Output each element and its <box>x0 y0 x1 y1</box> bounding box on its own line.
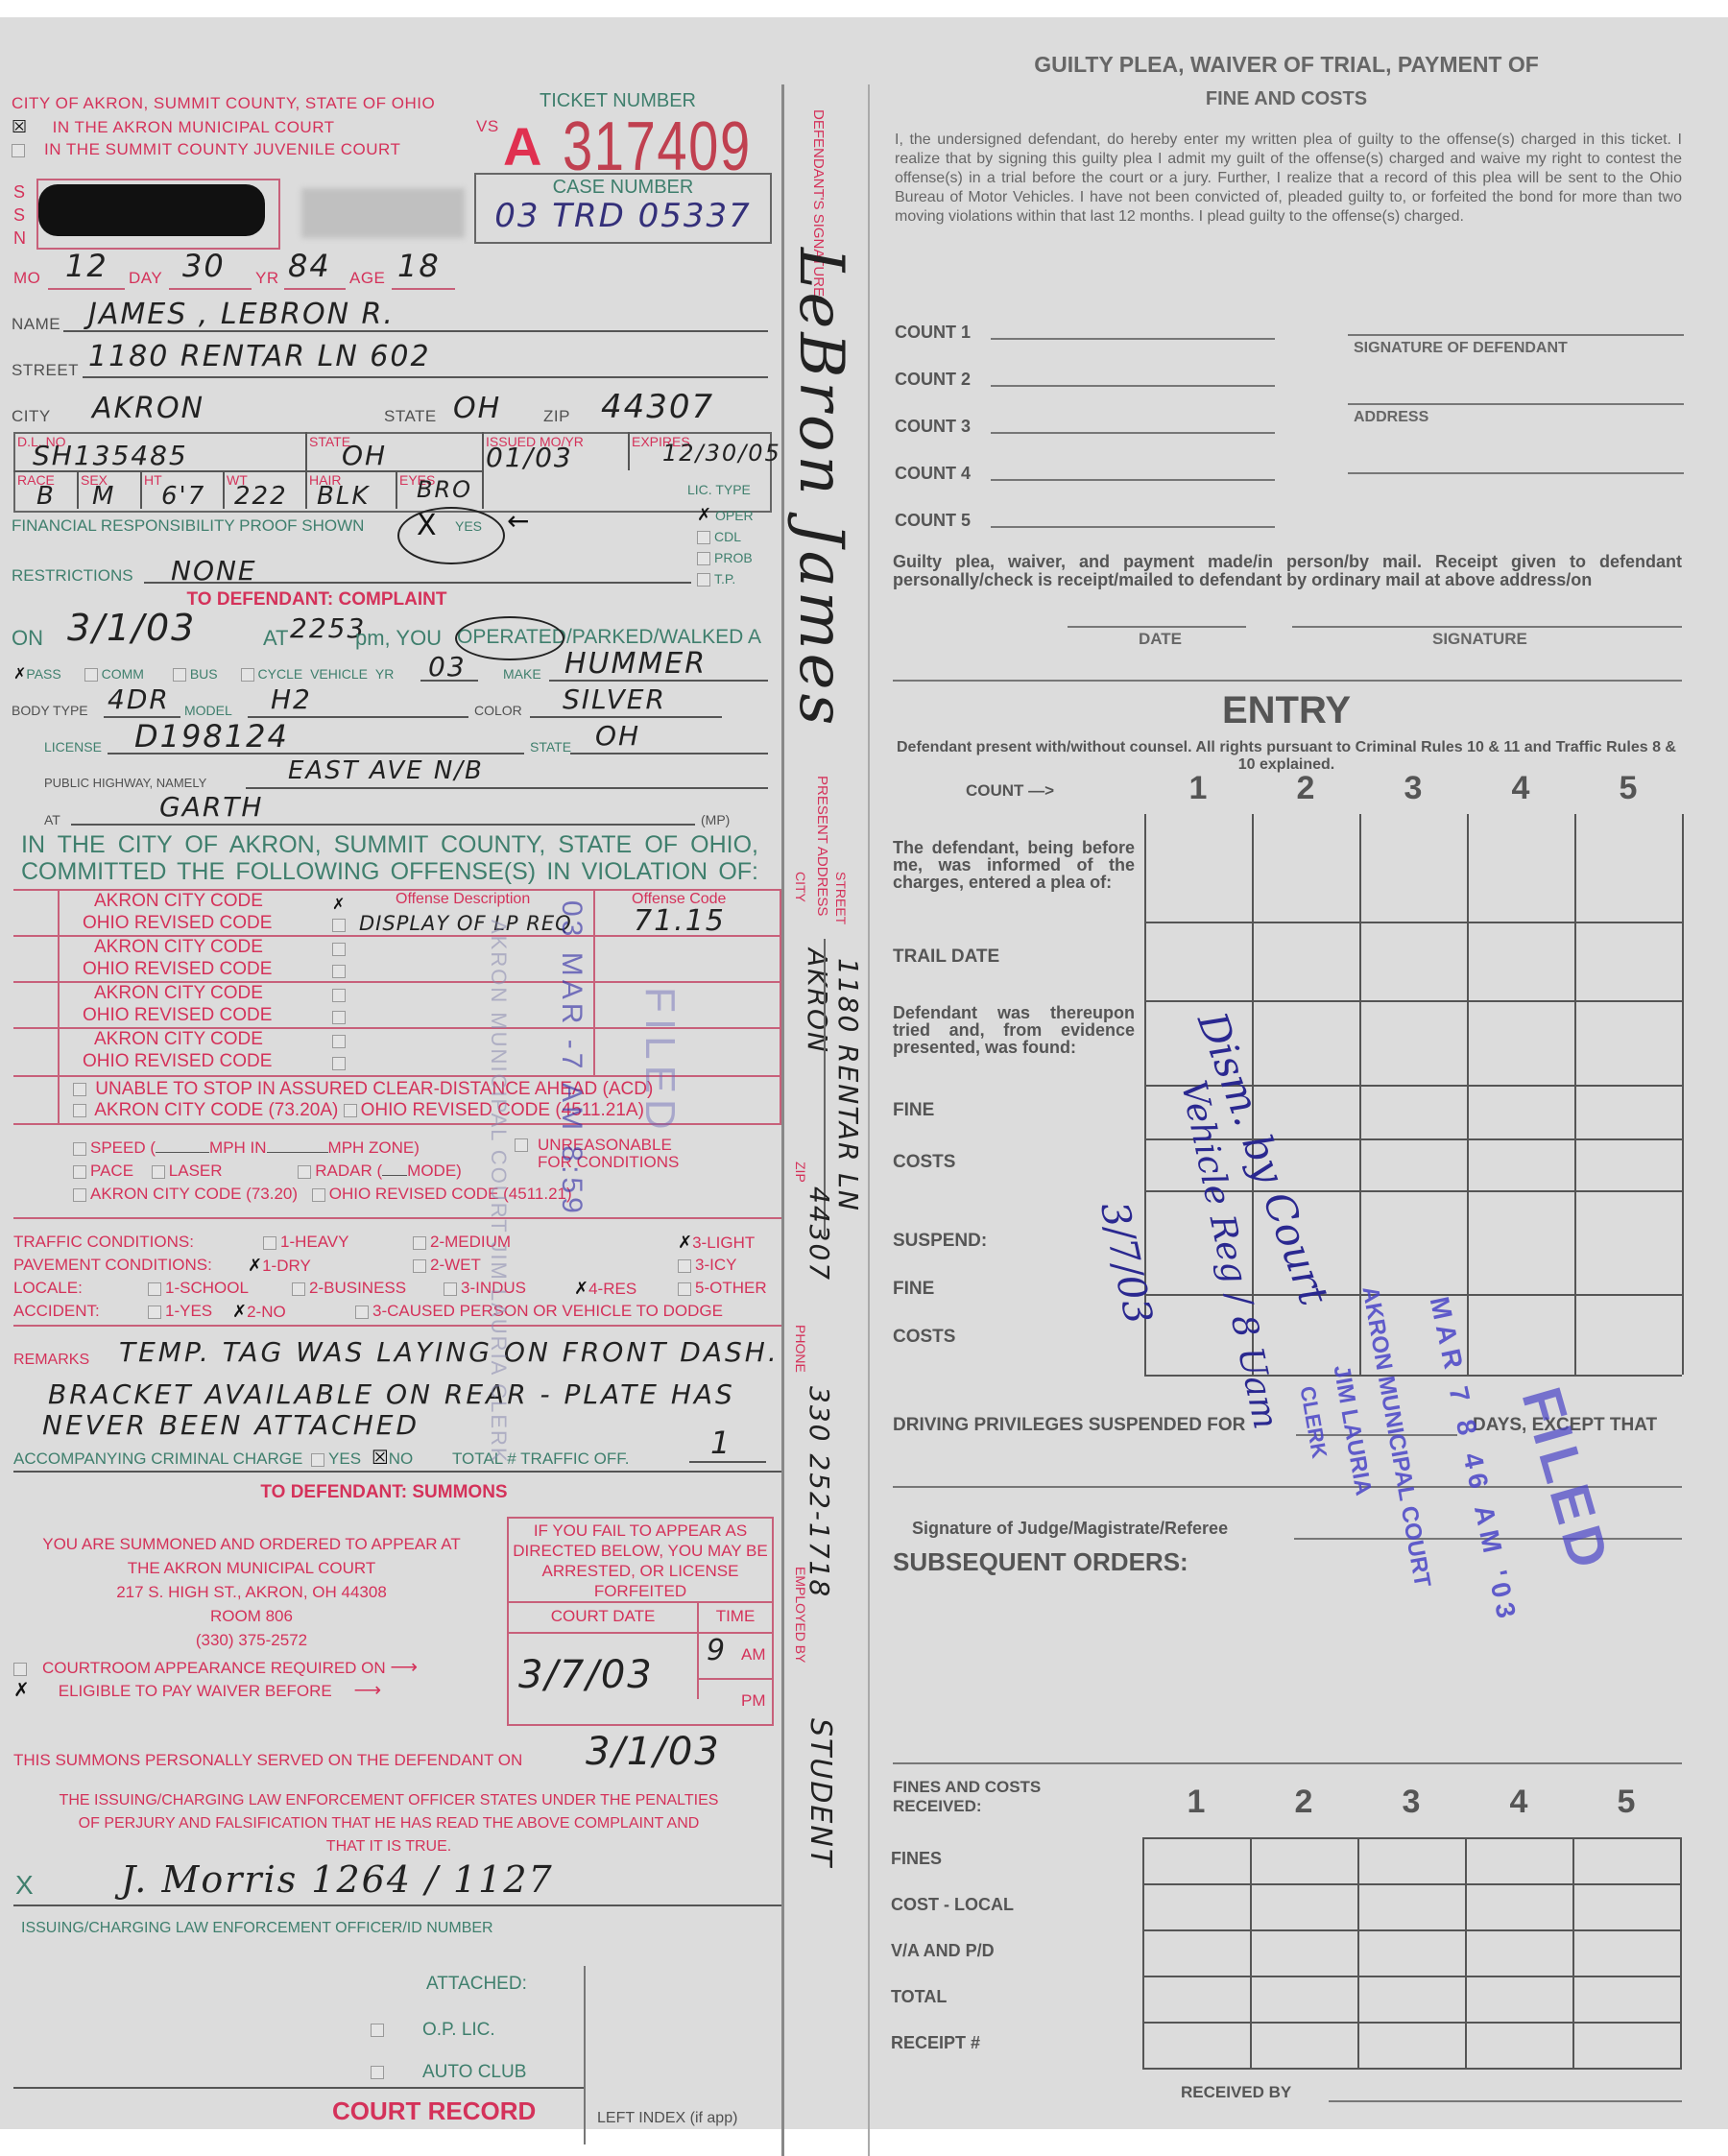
check-mark-icon: ✗ <box>678 1233 692 1253</box>
financial-responsibility-mark[interactable]: X <box>417 509 437 542</box>
fines-cell[interactable] <box>1250 2022 1359 2070</box>
fines-cell[interactable] <box>1357 1929 1467 1977</box>
entry-column-header: 5 <box>1574 770 1682 807</box>
checkbox-icon <box>148 1306 161 1319</box>
locale-option[interactable]: 3-INDUS <box>444 1279 526 1298</box>
fines-cell[interactable] <box>1250 1929 1359 1977</box>
vehicle-comm[interactable]: COMM <box>84 666 144 682</box>
complaint-title: TO DEFENDANT: COMPLAINT <box>173 589 461 611</box>
count-input-line[interactable] <box>991 385 1275 387</box>
entry-grid-vline <box>1467 814 1469 1375</box>
check-mark-icon: ✗ <box>232 1302 247 1322</box>
checkbox-icon <box>73 1142 86 1156</box>
checkbox-icon <box>173 668 186 682</box>
officer-oath: THE ISSUING/CHARGING LAW ENFORCEMENT OFF… <box>58 1789 720 1858</box>
offense-row-ohio-label: OHIO REVISED CODE <box>83 959 272 980</box>
locale-option[interactable]: 1-SCHOOL <box>148 1279 249 1298</box>
pavement-option[interactable]: 3-ICY <box>678 1256 736 1275</box>
lic-type-oper[interactable]: ✗ OPER <box>697 505 754 526</box>
checkbox-icon <box>678 1259 691 1273</box>
fines-cell[interactable] <box>1465 1976 1574 2024</box>
circle-mark <box>397 507 505 564</box>
address-line-label: ADDRESS <box>1354 409 1428 426</box>
traffic-option[interactable]: ✗3-LIGHT <box>678 1233 755 1253</box>
license-plate: D198124 <box>134 718 289 755</box>
locale-option[interactable]: ✗4-RES <box>574 1279 636 1299</box>
defendant-signature-label: DEFENDANT'S SIGNATURE <box>810 109 826 234</box>
checkbox-icon <box>292 1282 305 1296</box>
lic-type-options: ✗ OPER CDL PROB T.P. <box>697 505 754 589</box>
clerk-stamp: CLERK <box>1294 1384 1332 1460</box>
fines-column-header: 2 <box>1250 1784 1357 1821</box>
count-input-line[interactable] <box>991 526 1275 528</box>
checkbox-icon <box>73 1188 86 1202</box>
offense-code: 71.15 <box>634 904 726 938</box>
check-mark-icon: ☒ <box>372 1446 389 1469</box>
waiver-option[interactable]: ✗ELIGIBLE TO PAY WAIVER BEFORE ⟶ <box>13 1678 381 1702</box>
offense-row-city-label: AKRON CITY CODE <box>94 937 263 958</box>
yr-label: YR <box>255 269 279 288</box>
entry-grid-vline <box>1682 814 1684 1375</box>
at-street-label: AT <box>44 812 60 827</box>
fines-cell[interactable] <box>1357 2022 1467 2070</box>
fines-cell[interactable] <box>1250 1976 1359 2024</box>
locale-option[interactable]: 2-BUSINESS <box>292 1279 406 1298</box>
fines-cell[interactable] <box>1142 2022 1252 2070</box>
checkbox-icon <box>678 1282 691 1296</box>
left-filed-stamp: FILED <box>636 987 684 1136</box>
entry-row-suspend-costs-label: COSTS <box>893 1327 955 1348</box>
plate-state: OH <box>595 720 640 752</box>
count-input-line[interactable] <box>991 432 1275 434</box>
at-label: AT <box>263 626 288 651</box>
side-street-value: 1180 RENTAR LN <box>832 958 864 1212</box>
checkbox-icon <box>355 1306 369 1319</box>
offense-description-header: Offense Description <box>396 891 530 908</box>
checkbox-icon <box>697 531 710 544</box>
offense-row-ohio-checkbox[interactable] <box>332 963 349 980</box>
city-label: CITY <box>12 407 51 426</box>
fines-cell[interactable] <box>1142 1976 1252 2024</box>
vehicle-year: 03 <box>428 651 467 683</box>
side-zip-label: ZIP <box>793 1162 808 1183</box>
vehicle-color: SILVER <box>563 683 666 715</box>
dl-expires: 12/30/05 <box>662 440 781 467</box>
offense-date: 3/1/03 <box>67 607 196 649</box>
summons-address: YOU ARE SUMMONED AND ORDERED TO APPEAR A… <box>12 1532 492 1652</box>
checkbox-icon <box>332 1035 346 1048</box>
acd-city-option[interactable]: AKRON CITY CODE (73.20A) <box>73 1100 338 1120</box>
entry-grid-hline <box>1144 922 1682 923</box>
offense-row-ohio-label: OHIO REVISED CODE <box>83 913 272 934</box>
fines-cell[interactable] <box>1357 1837 1467 1885</box>
check-mark-icon: ✗ <box>697 505 711 525</box>
payment-signature-label: SIGNATURE <box>1432 630 1527 649</box>
court-municipal-option[interactable]: ☒IN THE AKRON MUNICIPAL COURT <box>12 117 335 137</box>
radar-option[interactable]: RADAR ( <box>298 1162 382 1180</box>
name-label: NAME <box>12 315 60 334</box>
side-street-label: STREET <box>833 872 849 924</box>
eyes-value: BRO <box>417 476 472 503</box>
count-input-line[interactable] <box>991 479 1275 481</box>
phone-label: PHONE <box>793 1325 808 1373</box>
court-date-label: COURT DATE <box>509 1607 697 1626</box>
fines-cell[interactable] <box>1572 2022 1682 2070</box>
left-index-label: LEFT INDEX (if app) <box>597 2110 737 2127</box>
defendant-name: JAMES , LEBRON R. <box>88 298 395 331</box>
body-type-label: BODY TYPE <box>12 703 88 718</box>
accident-option[interactable]: 3-CAUSED PERSON OR VEHICLE TO DODGE <box>355 1302 723 1321</box>
checkbox-icon <box>697 552 710 565</box>
plate-state-label: STATE <box>530 739 571 755</box>
checkbox-icon <box>148 1282 161 1296</box>
arrow-icon: ← <box>507 505 529 537</box>
side-zip-value: 44307 <box>804 1186 835 1282</box>
laser-option[interactable]: LASER <box>152 1162 223 1180</box>
vehicle-model: H2 <box>271 683 312 715</box>
defendant-city: AKRON <box>92 392 204 425</box>
traffic-option[interactable]: 1-HEAVY <box>263 1233 349 1252</box>
financial-responsibility-label: FINANCIAL RESPONSIBILITY PROOF SHOWN <box>12 516 364 536</box>
judge-signature-label: Signature of Judge/Magistrate/Referee <box>912 1519 1228 1539</box>
fines-cell[interactable] <box>1142 1929 1252 1977</box>
checkbox-icon <box>84 668 98 682</box>
entry-row-trial-date-label: TRAIL DATE <box>893 946 999 968</box>
entry-row-found-label: Defendant was thereupon tried and, from … <box>893 1004 1135 1056</box>
vehicle-pass[interactable]: ✗PASS <box>13 666 61 682</box>
signature-x: X <box>15 1870 34 1901</box>
am-label: AM <box>741 1645 766 1665</box>
jurisdiction-header: CITY OF AKRON, SUMMIT COUNTY, STATE OF O… <box>12 94 435 113</box>
entry-row-fine-label: FINE <box>893 1100 934 1121</box>
yes-label: YES <box>455 518 482 534</box>
checkbox-icon <box>311 1453 324 1467</box>
defendant-state: OH <box>453 392 501 425</box>
entry-row-suspend-fine-label: FINE <box>893 1279 934 1300</box>
count-label: COUNT 4 <box>895 464 971 484</box>
offense-row-ohio-label: OHIO REVISED CODE <box>83 1005 272 1026</box>
fines-cell[interactable] <box>1142 1883 1252 1931</box>
locale-option[interactable]: 5-OTHER <box>678 1279 767 1298</box>
fines-row-label: FINES <box>891 1849 942 1869</box>
remarks-label: REMARKS <box>13 1352 89 1369</box>
plea-body: I, the undersigned defendant, do hereby … <box>895 131 1682 227</box>
street-label: STREET <box>12 361 79 380</box>
remarks-line-1: TEMP. TAG WAS LAYING ON FRONT DASH. <box>119 1336 780 1368</box>
offense-row-ohio-checkbox[interactable] <box>332 917 349 934</box>
entry-title: ENTRY <box>893 689 1680 732</box>
entry-handwritten-date: 3/7/03 <box>1092 1198 1161 1329</box>
vehicle-bus[interactable]: BUS <box>173 666 218 682</box>
plea-title: GUILTY PLEA, WAIVER OF TRIAL, PAYMENT OF <box>922 52 1651 78</box>
traffic-conditions-label: TRAFFIC CONDITIONS: <box>13 1233 194 1252</box>
entry-row-plea-label: The defendant, being before me, was info… <box>893 839 1135 891</box>
criminal-charge-row: ACCOMPANYING CRIMINAL CHARGE YES ☒NO TOT… <box>13 1446 630 1469</box>
checkbox-icon <box>312 1188 325 1202</box>
arrow-right-icon: ⟶ <box>354 1680 382 1701</box>
offense-row-ohio-checkbox[interactable] <box>332 1009 349 1026</box>
pm-label: PM <box>741 1691 766 1711</box>
summons-title: TO DEFENDANT: SUMMONS <box>173 1482 595 1503</box>
fines-row-label: COST - LOCAL <box>891 1895 1014 1915</box>
subsequent-orders-label: SUBSEQUENT ORDERS: <box>893 1547 1188 1577</box>
time-label: TIME <box>699 1607 772 1626</box>
wt-value: 222 <box>234 482 288 511</box>
restrictions-value: NONE <box>171 555 257 587</box>
lic-type-tp[interactable]: T.P. <box>697 568 754 589</box>
dl-issued: 01/03 <box>486 442 573 473</box>
fines-cell[interactable] <box>1465 1837 1574 1885</box>
age-label: AGE <box>349 269 385 288</box>
vehicle-type-options: ✗PASS COMM BUS CYCLE VEHICLE YR <box>13 664 394 683</box>
vehicle-make: HUMMER <box>564 647 707 681</box>
day-label: DAY <box>129 269 162 288</box>
count-arrow-label: COUNT —> <box>966 781 1054 801</box>
fines-cell[interactable] <box>1572 1929 1682 1977</box>
arrow-right-icon: ⟶ <box>390 1657 418 1678</box>
lic-type-cdl[interactable]: CDL <box>697 526 754 547</box>
entry-column-header: 4 <box>1467 770 1574 807</box>
checkbox-icon <box>13 1663 27 1676</box>
offense-row-city-label: AKRON CITY CODE <box>94 891 263 912</box>
pavement-conditions-label: PAVEMENT CONDITIONS: <box>13 1256 212 1275</box>
present-address-label: PRESENT ADDRESS <box>814 776 829 862</box>
ssn-labels: SSN <box>13 180 26 250</box>
speed-ohio-option[interactable]: OHIO REVISED CODE (4511.21) <box>312 1185 572 1203</box>
fines-cell[interactable] <box>1465 1929 1574 1977</box>
fines-row-label: TOTAL <box>891 1987 947 2007</box>
checkbox-icon <box>371 2066 384 2079</box>
vehicle-cycle[interactable]: CYCLE <box>241 666 303 682</box>
attached-label: ATTACHED: <box>426 1974 527 1995</box>
fines-cell[interactable] <box>1357 1976 1467 2024</box>
checkbox-icon <box>73 1104 86 1117</box>
entry-row-suspend-label: SUSPEND: <box>893 1231 987 1252</box>
checkbox-icon <box>152 1165 165 1179</box>
checkbox-icon <box>12 144 25 157</box>
fines-cell[interactable] <box>1250 1837 1359 1885</box>
dob-year: 84 <box>288 248 331 284</box>
clerk-name-stamp: JIM LAURIA <box>1327 1363 1376 1497</box>
checkbox-icon <box>241 668 254 682</box>
entry-column-header: 1 <box>1144 770 1252 807</box>
vs-label: VS <box>476 117 499 136</box>
side-city-value: AKRON <box>802 948 833 1054</box>
sex-value: M <box>92 482 115 511</box>
courtroom-required-option[interactable]: COURTROOM APPEARANCE REQUIRED ON ⟶ <box>13 1655 418 1679</box>
age-value: 18 <box>397 248 441 284</box>
fines-column-header: 5 <box>1572 1784 1680 1821</box>
total-traffic-offenses: 1 <box>710 1425 732 1461</box>
fines-column-header: 4 <box>1465 1784 1572 1821</box>
speed-city-option[interactable]: AKRON CITY CODE (73.20) <box>73 1185 298 1203</box>
pace-option[interactable]: PACE <box>73 1162 133 1180</box>
case-number-label: CASE NUMBER <box>476 177 770 199</box>
lic-type-prob[interactable]: PROB <box>697 547 754 568</box>
checkbox-icon <box>332 989 346 1002</box>
remarks-line-3: NEVER BEEN ATTACHED <box>42 1409 420 1441</box>
hair-value: BLK <box>317 482 370 511</box>
operated-circle-mark <box>455 616 564 660</box>
checkbox-icon <box>371 2024 384 2037</box>
mo-label: MO <box>13 269 40 288</box>
time-suffix: pm, YOU <box>355 626 442 651</box>
speed-option[interactable]: SPEED ( <box>73 1138 156 1157</box>
checkbox-icon <box>332 1011 346 1024</box>
served-date: 3/1/03 <box>586 1730 721 1774</box>
color-label: COLOR <box>474 703 522 718</box>
offense-row-city-label: AKRON CITY CODE <box>94 1029 263 1050</box>
fines-cell[interactable] <box>1572 1837 1682 1885</box>
court-stamp: AKRON MUNICIPAL COURT <box>1356 1284 1435 1590</box>
fines-cell[interactable] <box>1142 1837 1252 1885</box>
fines-row-label: V/A AND P/D <box>891 1941 995 1961</box>
employed-by-value: STUDENT <box>804 1718 837 1868</box>
on-label: ON <box>12 626 43 651</box>
dob-day: 30 <box>182 248 226 284</box>
checkbox-icon <box>73 1083 86 1096</box>
check-mark-icon: ✗ <box>13 1678 30 1701</box>
filed-stamp: FILED <box>1509 1380 1623 1580</box>
case-number-box: CASE NUMBER 03 TRD 05337 <box>474 173 772 244</box>
checkbox-icon <box>444 1282 457 1296</box>
received-by-label: RECEIVED BY <box>1181 2083 1291 2102</box>
checkbox-icon <box>298 1165 311 1179</box>
pavement-option[interactable]: ✗1-DRY <box>248 1256 311 1276</box>
served-label: THIS SUMMONS PERSONALLY SERVED ON THE DE… <box>13 1751 522 1770</box>
fines-cell[interactable] <box>1572 1883 1682 1931</box>
court-date-box: IF YOU FAIL TO APPEAR AS DIRECTED BELOW,… <box>507 1517 774 1726</box>
attached-auto-club[interactable]: AUTO CLUB <box>371 2062 526 2083</box>
offense-row-ohio-checkbox[interactable] <box>332 1055 349 1072</box>
fines-cell[interactable] <box>1572 1976 1682 2024</box>
court-time-value: 9 <box>707 1634 727 1667</box>
plea-subtitle: FINE AND COSTS <box>922 88 1651 110</box>
pavement-option[interactable]: 2-WET <box>413 1256 481 1275</box>
offense-row-ohio-label: OHIO REVISED CODE <box>83 1051 272 1072</box>
checkbox-icon <box>515 1138 528 1152</box>
employed-by-label: EMPLOYED BY <box>793 1567 808 1663</box>
defendant-signature: LeBron James <box>785 248 856 729</box>
entry-column-header: 2 <box>1252 770 1359 807</box>
offense-row-city-checkbox[interactable] <box>332 1033 349 1050</box>
state-label: STATE <box>384 407 437 426</box>
offense-row-city-checkbox[interactable] <box>332 941 349 958</box>
ssn-redaction <box>38 184 265 236</box>
at-street-value: GARTH <box>159 791 263 823</box>
dl-state: OH <box>342 440 387 471</box>
ssn-blurred <box>301 188 465 238</box>
zip-label: ZIP <box>543 407 570 426</box>
highway-label: PUBLIC HIGHWAY, NAMELY <box>44 776 206 790</box>
checkbox-icon <box>413 1236 426 1250</box>
accident-option[interactable]: 1-YES <box>148 1302 212 1321</box>
suspended-label: DRIVING PRIVILEGES SUSPENDED FOR <box>893 1415 1245 1436</box>
criminal-no-option[interactable]: ☒NO <box>372 1449 413 1468</box>
defendant-signature-line-label: SIGNATURE OF DEFENDANT <box>1354 340 1568 357</box>
fines-column-header: 3 <box>1357 1784 1465 1821</box>
violation-text-2: COMMITTED THE FOLLOWING OFFENSE(S) IN VI… <box>21 858 758 886</box>
mp-label: (MP) <box>701 812 730 827</box>
check-mark-icon: ✗ <box>332 895 345 913</box>
fines-column-header: 1 <box>1142 1784 1250 1821</box>
attached-op-lic[interactable]: O.P. LIC. <box>371 2020 495 2041</box>
fines-cell[interactable] <box>1465 2022 1574 2070</box>
check-mark-icon: ✗ <box>574 1279 588 1299</box>
checkbox-icon <box>332 943 346 956</box>
restrictions-label: RESTRICTIONS <box>12 566 133 586</box>
fines-cell[interactable] <box>1250 1883 1359 1931</box>
defendant-street: 1180 RENTAR LN 602 <box>88 340 431 373</box>
remarks-line-2: BRACKET AVAILABLE ON REAR - PLATE HAS <box>48 1378 735 1410</box>
checkbox-icon <box>344 1104 357 1117</box>
case-number: 03 TRD 05337 <box>476 197 770 235</box>
accident-conditions-label: ACCIDENT: <box>13 1302 100 1321</box>
offense-row-city-checkbox[interactable] <box>332 987 349 1004</box>
officer-signature: J. Morris 1264 / 1127 <box>121 1858 554 1901</box>
checkbox-icon <box>263 1236 276 1250</box>
checkbox-icon <box>332 965 346 978</box>
left-court-stamp: AKRON MUNICIPAL COURT JIM LAURIA CLERK <box>486 920 511 1464</box>
dl-number: SH135485 <box>33 440 188 471</box>
payment-text: Guilty plea, waiver, and payment made/in… <box>893 553 1682 589</box>
locale-conditions-label: LOCALE: <box>13 1279 83 1298</box>
entry-grid-hline <box>1144 1375 1682 1377</box>
ticket-prefix: A <box>503 115 541 178</box>
fines-cell[interactable] <box>1357 1883 1467 1931</box>
offense-description: DISPLAY OF LP REQ <box>359 912 572 935</box>
entry-row-costs-label: COSTS <box>893 1152 955 1173</box>
model-label: MODEL <box>184 703 232 718</box>
fines-title: FINES AND COSTS RECEIVED: <box>893 1778 1085 1816</box>
violation-text-1: IN THE CITY OF AKRON, SUMMIT COUNTY, STA… <box>21 831 758 859</box>
check-mark-icon: ✗ <box>13 664 26 683</box>
offense-row-city-label: AKRON CITY CODE <box>94 983 263 1004</box>
court-date-value: 3/7/03 <box>518 1653 654 1697</box>
race-value: B <box>36 482 56 511</box>
traffic-ticket-document: CITY OF AKRON, SUMMIT COUNTY, STATE OF O… <box>0 17 1728 2129</box>
entry-grid-hline <box>1144 1000 1682 1002</box>
offense-code-header: Offense Code <box>632 891 726 908</box>
license-plate-label: LICENSE <box>44 739 102 755</box>
fines-cell[interactable] <box>1465 1883 1574 1931</box>
court-municipal-label: IN THE AKRON MUNICIPAL COURT <box>53 118 335 136</box>
dob-month: 12 <box>65 248 108 284</box>
officer-label: ISSUING/CHARGING LAW ENFORCEMENT OFFICER… <box>21 1920 493 1937</box>
fail-to-appear-warning: IF YOU FAIL TO APPEAR AS DIRECTED BELOW,… <box>509 1519 772 1601</box>
count-label: COUNT 1 <box>895 323 971 343</box>
count-label: COUNT 3 <box>895 417 971 437</box>
checkbox-icon <box>697 573 710 587</box>
accident-option[interactable]: ✗2-NO <box>232 1302 286 1322</box>
offense-row-city-checkbox[interactable]: ✗ <box>332 895 345 914</box>
side-city-label: CITY <box>793 872 808 902</box>
lic-type-label: LIC. TYPE <box>687 482 751 497</box>
entry-column-header: 3 <box>1359 770 1467 807</box>
entry-subtitle: Defendant present with/without counsel. … <box>893 739 1680 774</box>
checkbox-icon <box>73 1165 86 1179</box>
court-juvenile-option[interactable]: IN THE SUMMIT COUNTY JUVENILE COURT <box>12 140 400 159</box>
highway-value: EAST AVE N/B <box>288 756 484 785</box>
checkbox-checked-icon: ☒ <box>12 117 28 137</box>
count-input-line[interactable] <box>991 338 1275 340</box>
checkbox-icon <box>413 1259 426 1273</box>
count-label: COUNT 5 <box>895 511 971 531</box>
checkbox-icon <box>332 919 346 932</box>
criminal-yes-option[interactable]: YES <box>311 1449 361 1468</box>
check-mark-icon: ✗ <box>248 1256 262 1276</box>
payment-date-label: DATE <box>1139 630 1182 649</box>
